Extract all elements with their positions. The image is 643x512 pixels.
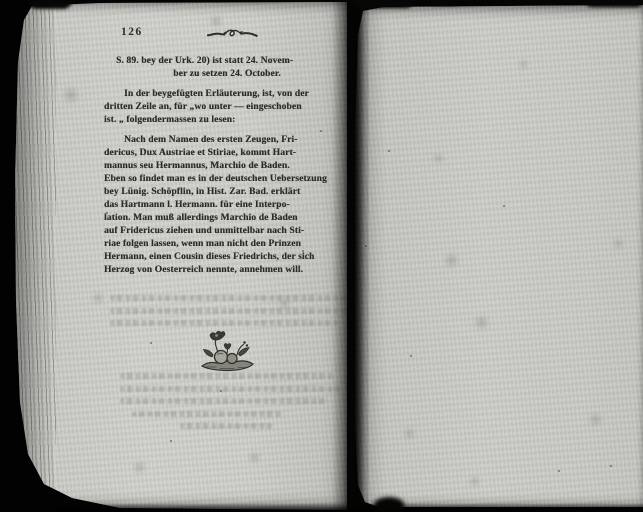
text-line: ist. „ folgendermassen zu lesen: — [104, 113, 350, 126]
body-text: S. 89. bey der Urk. 20) ist statt 24. No… — [104, 54, 350, 276]
text-line: auf Fridericus ziehen und unmittelbar na… — [104, 224, 350, 237]
paper-stain — [92, 292, 104, 304]
paper-stain — [468, 477, 481, 486]
text-line: mannus seu Hermannus, Marchio de Baden. — [104, 159, 350, 172]
paper-speck — [388, 150, 390, 152]
binding-shadow — [430, 0, 460, 5]
right-page — [353, 5, 643, 507]
tailpiece-vignette-icon — [194, 328, 262, 374]
paper-speck — [170, 440, 172, 442]
text-line: dericus, Dux Austriae et Stiriae, kommt … — [104, 146, 350, 159]
paper-speck — [610, 465, 612, 467]
left-page-fore-edge — [10, 2, 56, 510]
paper-stain — [433, 153, 444, 164]
headpiece-flourish-icon — [206, 27, 258, 41]
book-bottom-shadow — [55, 503, 643, 512]
binding-shadow — [585, 0, 643, 7]
paper-stain — [403, 428, 416, 439]
paper-speck — [106, 212, 108, 214]
paper-stain — [443, 253, 460, 268]
page-number: 126 — [121, 26, 143, 38]
book-gutter-shadow — [332, 0, 368, 512]
paper-speck — [558, 470, 560, 472]
paper-speck — [410, 355, 412, 357]
text-line: Nach dem Namen des ersten Zeugen, Fri- — [104, 133, 350, 146]
main-paragraph: Nach dem Namen des ersten Zeugen, Fri- d… — [104, 133, 350, 276]
text-line: In der beygefügten Erläuterung, ist, von… — [104, 87, 350, 100]
bleedthrough-line — [120, 398, 328, 404]
bleedthrough-line — [120, 373, 334, 379]
left-page: 126 S. 89. bey der Urk. 20) ist statt 24… — [10, 2, 347, 510]
paper-stain — [132, 462, 147, 473]
paper-grain — [353, 5, 643, 507]
binding-shadow — [352, 0, 414, 8]
paper-stain — [613, 238, 624, 249]
paper-stain — [62, 86, 80, 104]
paper-stain — [518, 60, 529, 69]
text-line: Herzog von Oesterreich nennte, annehmen … — [104, 263, 350, 276]
paper-speck — [302, 250, 304, 252]
binding-shadow — [28, 0, 72, 9]
paper-speck — [320, 130, 322, 132]
bleedthrough-text — [120, 373, 342, 436]
intro-paragraph: In der beygefügten Erläuterung, ist, von… — [104, 87, 350, 126]
text-line: riae folgen lassen, wenn man nicht den P… — [104, 237, 350, 250]
bleedthrough-line — [180, 423, 272, 429]
paper-speck — [503, 205, 505, 207]
correction-note: S. 89. bey der Urk. 20) ist statt 24. No… — [104, 54, 350, 80]
gutter-bottom-shadow — [374, 497, 404, 512]
bleedthrough-line — [132, 411, 282, 417]
text-line: bey Lünig. Schöpflin, in Hist. Zar. Bad.… — [104, 185, 350, 198]
text-line: dritten Zeile an, für „wo unter — einges… — [104, 100, 350, 113]
bleedthrough-text — [110, 295, 354, 333]
paper-stain — [248, 452, 261, 463]
bleedthrough-line — [110, 320, 338, 326]
text-line: ber zu setzen 24. October. — [104, 67, 350, 80]
text-line: lation. Man muß allerdings Marchio de Ba… — [104, 211, 350, 224]
bleedthrough-line — [110, 295, 354, 301]
paper-stain — [588, 413, 603, 426]
paper-stain — [473, 315, 490, 330]
text-line: das Hartmann l. Hermann. für eine Interp… — [104, 198, 350, 211]
bleedthrough-line — [120, 386, 342, 392]
paper-stain — [208, 16, 224, 27]
text-line: Hermann, einen Cousin dieses Friedrichs,… — [104, 250, 350, 263]
book-scan-viewport: 126 S. 89. bey der Urk. 20) ist statt 24… — [0, 0, 643, 512]
bleedthrough-line — [110, 308, 348, 314]
text-line: Eben so findet man es in der deutschen U… — [104, 172, 350, 185]
paper-speck — [150, 342, 152, 344]
text-line: S. 89. bey der Urk. 20) ist statt 24. No… — [116, 54, 350, 67]
